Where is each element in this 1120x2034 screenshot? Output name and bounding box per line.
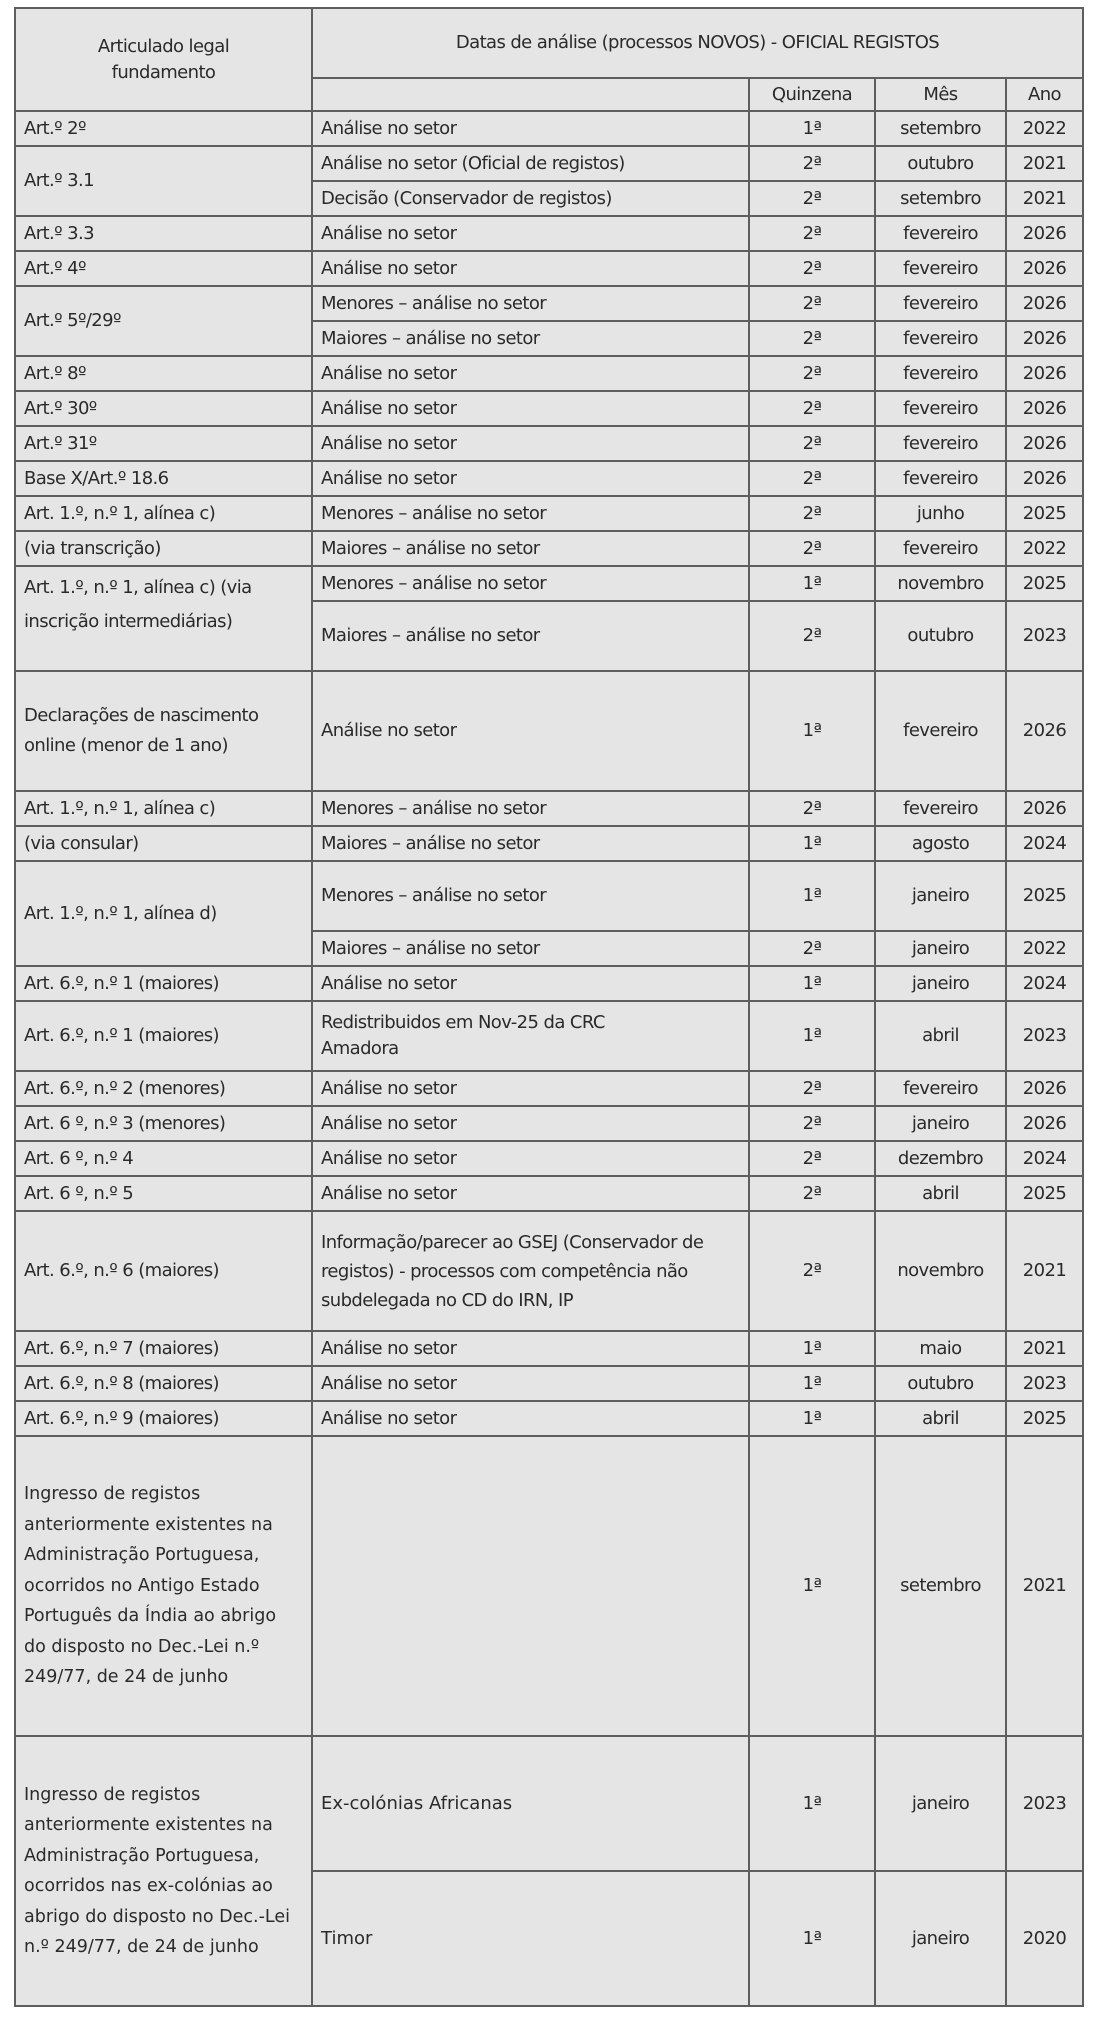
year-cell: 2024 [1006, 966, 1083, 1001]
year-cell: 2026 [1006, 461, 1083, 496]
article-cell: Art.º 4º [15, 251, 312, 286]
description-cell: Análise no setor [312, 1141, 749, 1176]
month-cell: outubro [875, 146, 1006, 181]
table-row: Art. 1.º, n.º 1, alínea c) Menores – aná… [15, 791, 1083, 826]
year-cell: 2026 [1006, 791, 1083, 826]
year-cell: 2026 [1006, 391, 1083, 426]
month-cell: dezembro [875, 1141, 1006, 1176]
description-cell: Informação/parecer ao GSEJ (Conservador … [312, 1211, 749, 1331]
fortnight-cell: 2ª [749, 426, 875, 461]
table-row: Art. 6 º, n.º 3 (menores) Análise no set… [15, 1106, 1083, 1141]
month-cell: janeiro [875, 931, 1006, 966]
table-row: Ingresso de registos anteriormente exist… [15, 1736, 1083, 1871]
fortnight-cell: 1ª [749, 1401, 875, 1436]
table-row: Art. 6.º, n.º 1 (maiores) Análise no set… [15, 966, 1083, 1001]
article-cell: Art. 6.º, n.º 1 (maiores) [15, 966, 312, 1001]
description-cell: Análise no setor (Oficial de registos) [312, 146, 749, 181]
fortnight-cell: 2ª [749, 601, 875, 671]
month-cell: fevereiro [875, 671, 1006, 791]
fortnight-cell: 1ª [749, 566, 875, 601]
fortnight-cell: 2ª [749, 461, 875, 496]
month-cell: setembro [875, 111, 1006, 146]
month-cell: setembro [875, 181, 1006, 216]
description-cell: Análise no setor [312, 216, 749, 251]
description-cell [312, 1436, 749, 1736]
fortnight-cell: 2ª [749, 391, 875, 426]
table-row: Declarações de nascimento online (menor … [15, 671, 1083, 791]
table-row: Art.º 4º Análise no setor 2ª fevereiro 2… [15, 251, 1083, 286]
description-cell: Análise no setor [312, 1106, 749, 1141]
table-row: Art. 6.º, n.º 8 (maiores) Análise no set… [15, 1366, 1083, 1401]
table-row: Art. 6.º, n.º 6 (maiores) Informação/par… [15, 1211, 1083, 1331]
fortnight-cell: 2ª [749, 496, 875, 531]
fortnight-cell: 1ª [749, 861, 875, 931]
article-cell: Art. 1.º, n.º 1, alínea c) (via inscriçã… [15, 566, 312, 671]
year-cell: 2026 [1006, 1071, 1083, 1106]
article-cell: Art.º 2º [15, 111, 312, 146]
fortnight-cell: 2ª [749, 1211, 875, 1331]
article-cell: Declarações de nascimento online (menor … [15, 671, 312, 791]
year-cell: 2025 [1006, 566, 1083, 601]
description-cell: Análise no setor [312, 111, 749, 146]
article-cell: Art. 6.º, n.º 1 (maiores) [15, 1001, 312, 1071]
fortnight-cell: 2ª [749, 356, 875, 391]
year-cell: 2022 [1006, 531, 1083, 566]
article-cell: Art.º 31º [15, 426, 312, 461]
article-cell: Art. 6.º, n.º 8 (maiores) [15, 1366, 312, 1401]
month-cell: fevereiro [875, 426, 1006, 461]
fortnight-cell: 1ª [749, 1736, 875, 1871]
fortnight-cell: 1ª [749, 1436, 875, 1736]
month-cell: fevereiro [875, 356, 1006, 391]
description-cell: Menores – análise no setor [312, 861, 749, 931]
table-row: Art. 1.º, n.º 1, alínea d) Menores – aná… [15, 861, 1083, 931]
description-cell: Menores – análise no setor [312, 566, 749, 601]
year-cell: 2022 [1006, 111, 1083, 146]
description-cell: Análise no setor [312, 461, 749, 496]
month-cell: agosto [875, 826, 1006, 861]
table-row: Art. 1.º, n.º 1, alínea c) (via inscriçã… [15, 566, 1083, 601]
table-body: Art.º 2º Análise no setor 1ª setembro 20… [15, 111, 1083, 2006]
article-cell: Art. 6.º, n.º 2 (menores) [15, 1071, 312, 1106]
fortnight-cell: 1ª [749, 671, 875, 791]
table-row: Ingresso de registos anteriormente exist… [15, 1436, 1083, 1736]
year-cell: 2023 [1006, 1736, 1083, 1871]
article-cell: Art.º 8º [15, 356, 312, 391]
description-cell: Maiores – análise no setor [312, 826, 749, 861]
fortnight-cell: 1ª [749, 1001, 875, 1071]
article-cell: Art.º 30º [15, 391, 312, 426]
year-cell: 2026 [1006, 1106, 1083, 1141]
article-cell: Ingresso de registos anteriormente exist… [15, 1436, 312, 1736]
year-cell: 2022 [1006, 931, 1083, 966]
month-cell: fevereiro [875, 391, 1006, 426]
fortnight-cell: 2ª [749, 251, 875, 286]
table-row: Art. 6.º, n.º 7 (maiores) Análise no set… [15, 1331, 1083, 1366]
table-row: Art. 6.º, n.º 1 (maiores) Redistribuidos… [15, 1001, 1083, 1071]
description-cell: Menores – análise no setor [312, 496, 749, 531]
description-cell: Maiores – análise no setor [312, 601, 749, 671]
header-month: Mês [875, 78, 1006, 111]
year-cell: 2025 [1006, 861, 1083, 931]
year-cell: 2025 [1006, 496, 1083, 531]
year-cell: 2021 [1006, 1436, 1083, 1736]
table-row: Art.º 3.3 Análise no setor 2ª fevereiro … [15, 216, 1083, 251]
description-cell: Timor [312, 1871, 749, 2006]
year-cell: 2025 [1006, 1401, 1083, 1436]
article-cell: Art. 6 º, n.º 5 [15, 1176, 312, 1211]
fortnight-cell: 1ª [749, 111, 875, 146]
year-cell: 2021 [1006, 1331, 1083, 1366]
year-cell: 2026 [1006, 286, 1083, 321]
table-row: Base X/Art.º 18.6 Análise no setor 2ª fe… [15, 461, 1083, 496]
month-cell: fevereiro [875, 286, 1006, 321]
year-cell: 2026 [1006, 671, 1083, 791]
fortnight-cell: 2ª [749, 1106, 875, 1141]
fortnight-cell: 2ª [749, 1176, 875, 1211]
description-cell: Análise no setor [312, 251, 749, 286]
month-cell: fevereiro [875, 321, 1006, 356]
fortnight-cell: 2ª [749, 791, 875, 826]
article-cell: Art.º 3.1 [15, 146, 312, 216]
article-cell: Art. 6 º, n.º 4 [15, 1141, 312, 1176]
month-cell: novembro [875, 1211, 1006, 1331]
year-cell: 2025 [1006, 1176, 1083, 1211]
description-cell: Análise no setor [312, 966, 749, 1001]
table-row: Art.º 2º Análise no setor 1ª setembro 20… [15, 111, 1083, 146]
description-cell: Maiores – análise no setor [312, 931, 749, 966]
month-cell: maio [875, 1331, 1006, 1366]
fortnight-cell: 2ª [749, 1141, 875, 1176]
fortnight-cell: 2ª [749, 531, 875, 566]
header-group-title: Datas de análise (processos NOVOS) - OFI… [312, 8, 1083, 78]
year-cell: 2024 [1006, 1141, 1083, 1176]
month-cell: outubro [875, 1366, 1006, 1401]
header-fortnight: Quinzena [749, 78, 875, 111]
table-row: Art.º 5º/29º Menores – análise no setor … [15, 286, 1083, 321]
fortnight-cell: 2ª [749, 216, 875, 251]
article-cell: Art. 6.º, n.º 6 (maiores) [15, 1211, 312, 1331]
year-cell: 2023 [1006, 1366, 1083, 1401]
month-cell: fevereiro [875, 791, 1006, 826]
description-cell: Análise no setor [312, 1071, 749, 1106]
description-cell: Menores – análise no setor [312, 286, 749, 321]
description-cell: Menores – análise no setor [312, 791, 749, 826]
month-cell: janeiro [875, 861, 1006, 931]
year-cell: 2021 [1006, 1211, 1083, 1331]
article-cell: Art. 6.º, n.º 7 (maiores) [15, 1331, 312, 1366]
month-cell: janeiro [875, 1106, 1006, 1141]
article-cell-continued: (via consular) [15, 826, 312, 861]
year-cell: 2026 [1006, 426, 1083, 461]
description-cell: Análise no setor [312, 426, 749, 461]
month-cell: fevereiro [875, 1071, 1006, 1106]
article-cell: Art. 6.º, n.º 9 (maiores) [15, 1401, 312, 1436]
year-cell: 2024 [1006, 826, 1083, 861]
table-row: (via transcrição) Maiores – análise no s… [15, 531, 1083, 566]
year-cell: 2023 [1006, 601, 1083, 671]
month-cell: fevereiro [875, 531, 1006, 566]
article-cell: Art. 6 º, n.º 3 (menores) [15, 1106, 312, 1141]
description-cell: Análise no setor [312, 1331, 749, 1366]
table-row: Art.º 30º Análise no setor 2ª fevereiro … [15, 391, 1083, 426]
month-cell: setembro [875, 1436, 1006, 1736]
description-cell: Análise no setor [312, 1366, 749, 1401]
article-cell: Art. 1.º, n.º 1, alínea d) [15, 861, 312, 966]
month-cell: abril [875, 1001, 1006, 1071]
article-cell: Base X/Art.º 18.6 [15, 461, 312, 496]
article-cell: Ingresso de registos anteriormente exist… [15, 1736, 312, 2006]
fortnight-cell: 1ª [749, 826, 875, 861]
description-cell: Maiores – análise no setor [312, 531, 749, 566]
table-row: Art. 6.º, n.º 9 (maiores) Análise no set… [15, 1401, 1083, 1436]
description-cell: Análise no setor [312, 671, 749, 791]
month-cell: janeiro [875, 966, 1006, 1001]
month-cell: junho [875, 496, 1006, 531]
year-cell: 2020 [1006, 1871, 1083, 2006]
fortnight-cell: 2ª [749, 321, 875, 356]
fortnight-cell: 2ª [749, 146, 875, 181]
table-row: Art. 1.º, n.º 1, alínea c) Menores – aná… [15, 496, 1083, 531]
table-row: Art.º 31º Análise no setor 2ª fevereiro … [15, 426, 1083, 461]
year-cell: 2026 [1006, 356, 1083, 391]
article-cell: Art.º 3.3 [15, 216, 312, 251]
description-cell: Ex-colónias Africanas [312, 1736, 749, 1871]
year-cell: 2021 [1006, 181, 1083, 216]
description-cell: Análise no setor [312, 1176, 749, 1211]
year-cell: 2023 [1006, 1001, 1083, 1071]
header-article: Articulado legal fundamento [15, 8, 312, 111]
fortnight-cell: 2ª [749, 286, 875, 321]
description-cell: Análise no setor [312, 356, 749, 391]
fortnight-cell: 1ª [749, 1871, 875, 2006]
analysis-dates-table: Articulado legal fundamento Datas de aná… [14, 7, 1084, 2007]
fortnight-cell: 2ª [749, 181, 875, 216]
month-cell: fevereiro [875, 461, 1006, 496]
description-cell: Redistribuidos em Nov-25 da CRC Amadora [312, 1001, 749, 1071]
month-cell: fevereiro [875, 251, 1006, 286]
article-cell: Art. 1.º, n.º 1, alínea c) [15, 791, 312, 826]
table-row: Art. 6 º, n.º 5 Análise no setor 2ª abri… [15, 1176, 1083, 1211]
month-cell: janeiro [875, 1871, 1006, 2006]
month-cell: abril [875, 1176, 1006, 1211]
year-cell: 2021 [1006, 146, 1083, 181]
table-row: Art. 6.º, n.º 2 (menores) Análise no set… [15, 1071, 1083, 1106]
article-cell-continued: (via transcrição) [15, 531, 312, 566]
table-row: Art.º 3.1 Análise no setor (Oficial de r… [15, 146, 1083, 181]
table-row: Art.º 8º Análise no setor 2ª fevereiro 2… [15, 356, 1083, 391]
fortnight-cell: 1ª [749, 1331, 875, 1366]
header-year: Ano [1006, 78, 1083, 111]
fortnight-cell: 1ª [749, 1366, 875, 1401]
year-cell: 2026 [1006, 216, 1083, 251]
table-row: Art. 6 º, n.º 4 Análise no setor 2ª deze… [15, 1141, 1083, 1176]
fortnight-cell: 1ª [749, 966, 875, 1001]
description-cell: Decisão (Conservador de registos) [312, 181, 749, 216]
month-cell: janeiro [875, 1736, 1006, 1871]
month-cell: abril [875, 1401, 1006, 1436]
month-cell: novembro [875, 566, 1006, 601]
year-cell: 2026 [1006, 251, 1083, 286]
description-cell: Análise no setor [312, 391, 749, 426]
description-cell: Maiores – análise no setor [312, 321, 749, 356]
article-cell: Art.º 5º/29º [15, 286, 312, 356]
month-cell: outubro [875, 601, 1006, 671]
article-cell: Art. 1.º, n.º 1, alínea c) [15, 496, 312, 531]
year-cell: 2026 [1006, 321, 1083, 356]
table-row: (via consular) Maiores – análise no seto… [15, 826, 1083, 861]
fortnight-cell: 2ª [749, 1071, 875, 1106]
month-cell: fevereiro [875, 216, 1006, 251]
header-description [312, 78, 749, 111]
description-cell: Análise no setor [312, 1401, 749, 1436]
fortnight-cell: 2ª [749, 931, 875, 966]
